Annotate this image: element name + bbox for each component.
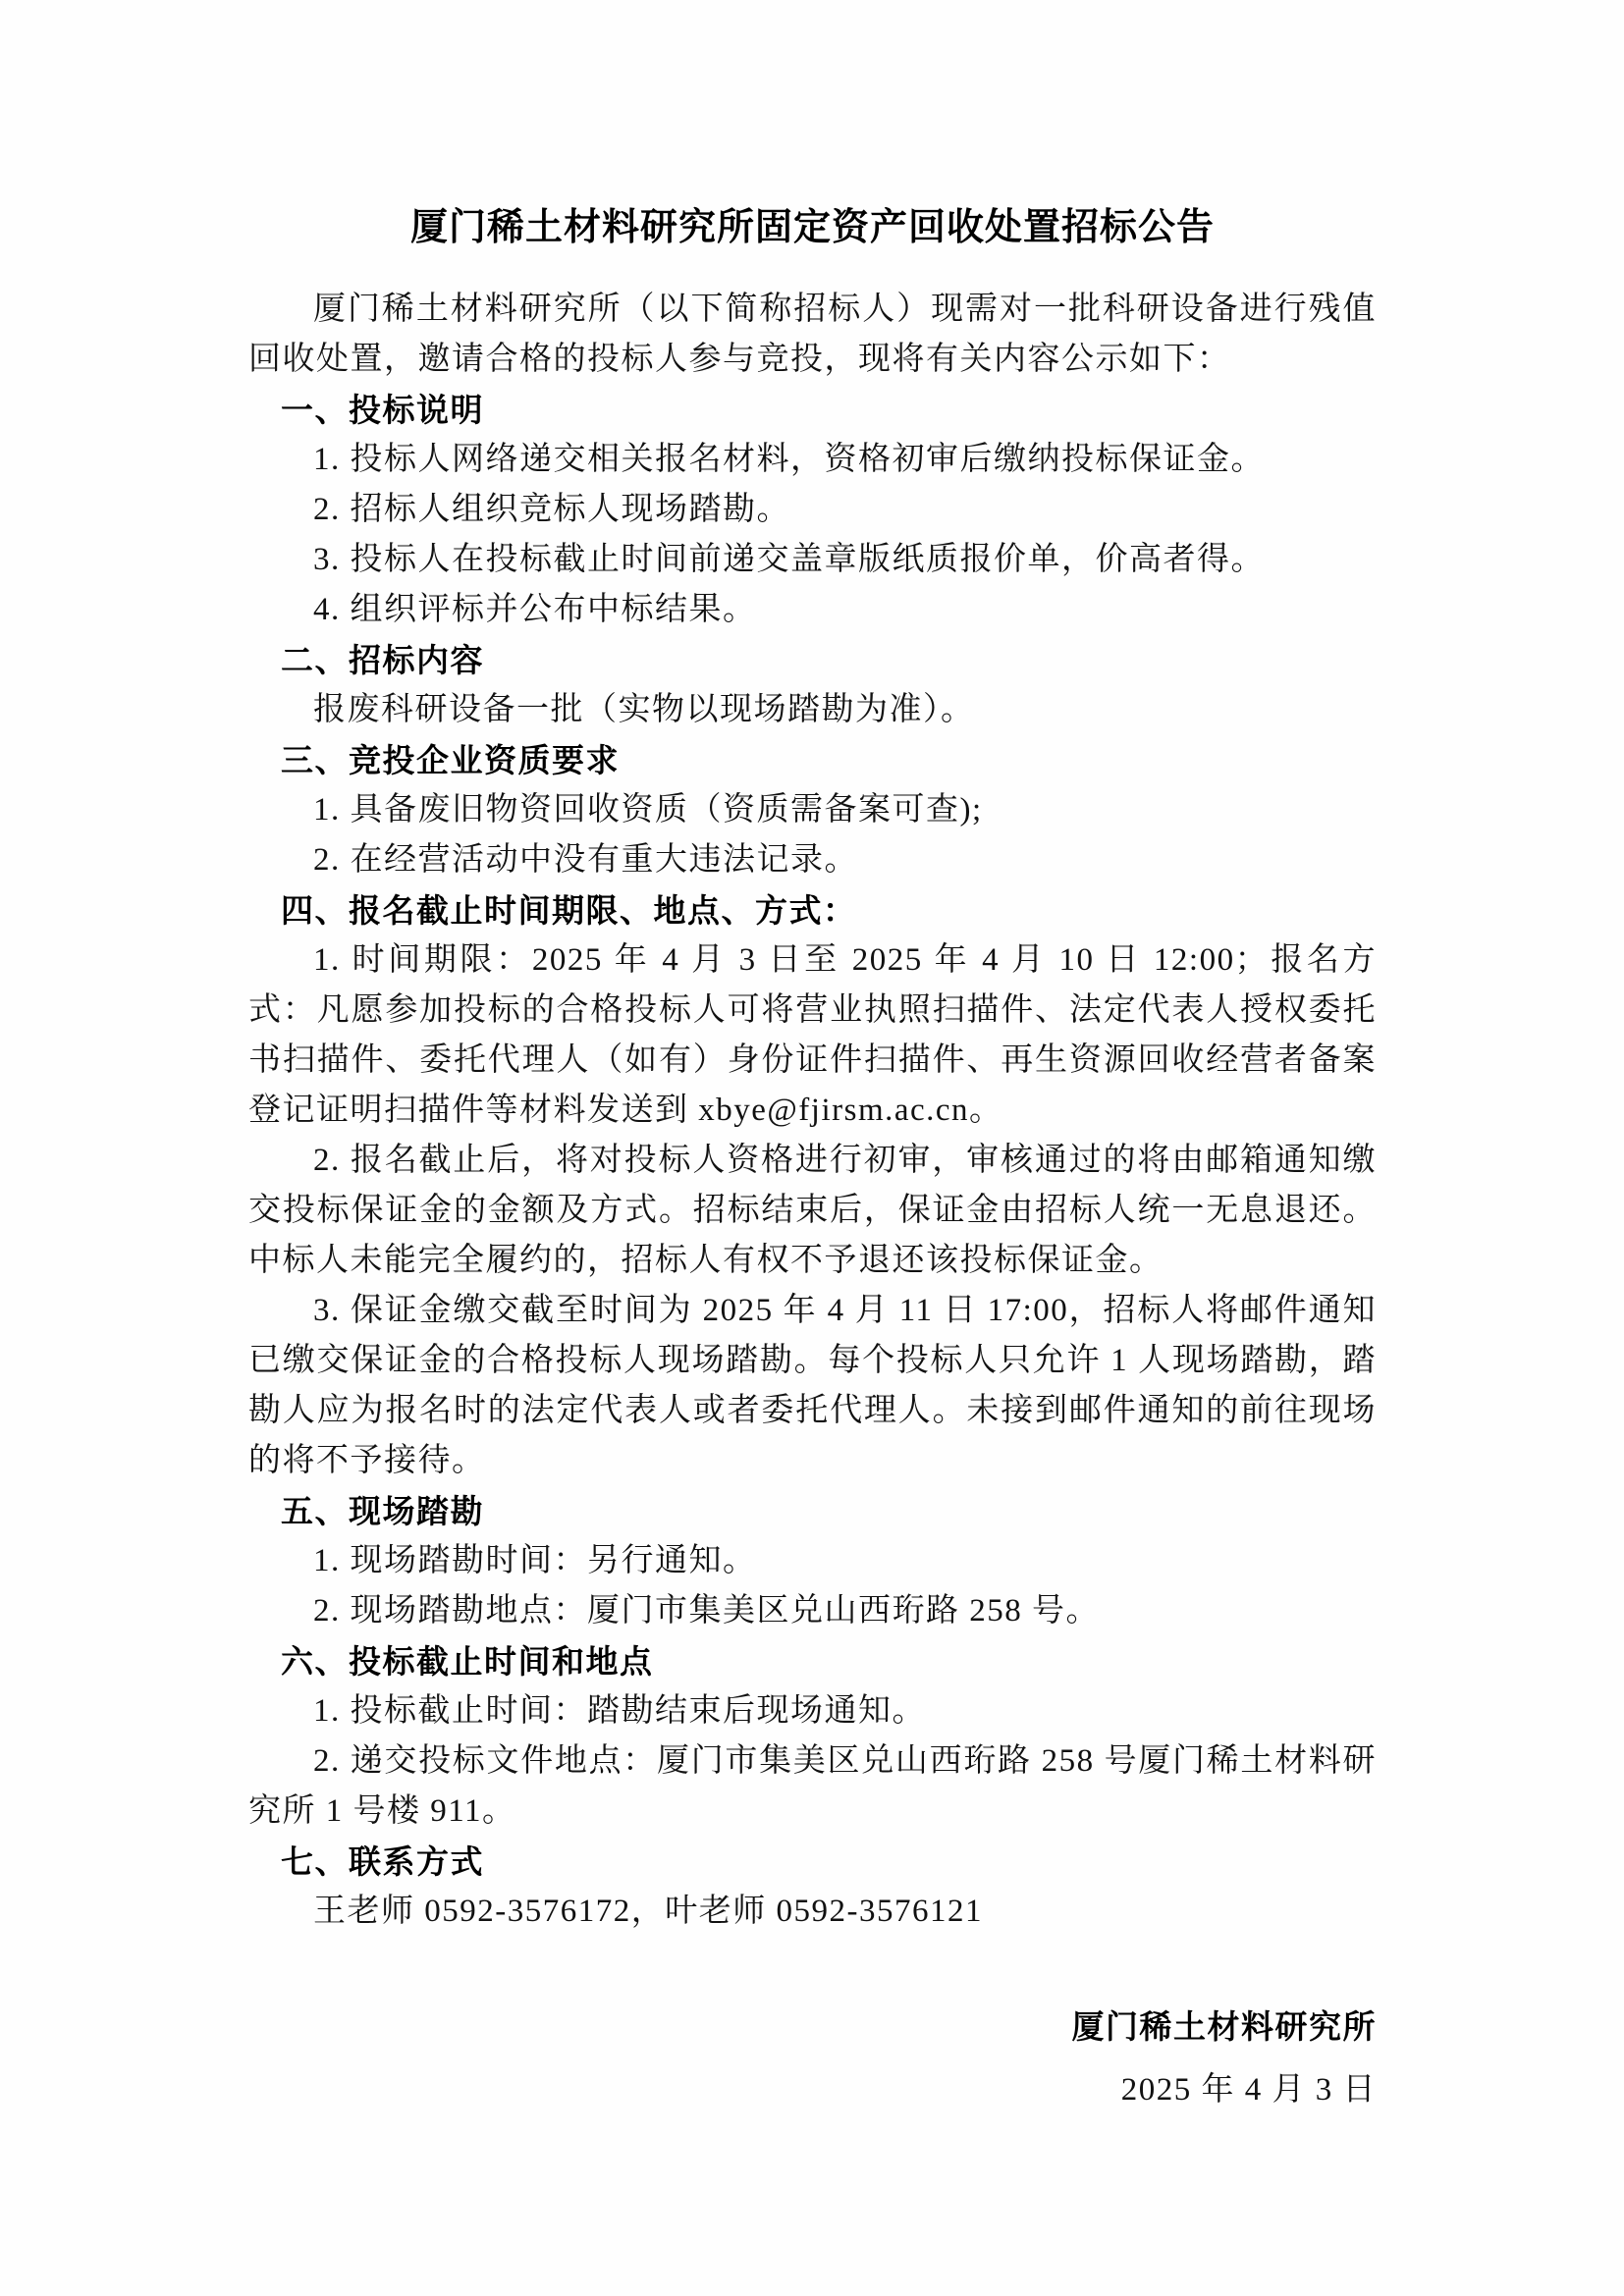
- section-item: 2. 现场踏勘地点：厦门市集美区兑山西珩路 258 号。: [248, 1586, 1377, 1636]
- section-item: 2. 在经营活动中没有重大违法记录。: [248, 835, 1377, 885]
- section-item: 1. 具备废旧物资回收资质（资质需备案可查);: [248, 785, 1377, 835]
- section-item: 1. 投标截止时间：踏勘结束后现场通知。: [248, 1686, 1377, 1736]
- section-heading-contact-info: 七、联系方式: [248, 1837, 1377, 1887]
- signature-org: 厦门稀土材料研究所: [248, 1996, 1377, 2058]
- section-heading-qualification-requirements: 三、竞投企业资质要求: [248, 735, 1377, 785]
- section-heading-bid-deadline-location: 六、投标截止时间和地点: [248, 1636, 1377, 1686]
- section-heading-registration-deadline: 四、报名截止时间期限、地点、方式：: [248, 885, 1377, 935]
- section-item: 3. 投标人在投标截止时间前递交盖章版纸质报价单，价高者得。: [248, 535, 1377, 585]
- section-item: 1. 时间期限：2025 年 4 月 3 日至 2025 年 4 月 10 日 …: [248, 935, 1377, 1136]
- section-item: 报废科研设备一批（实物以现场踏勘为准）。: [248, 685, 1377, 735]
- section-item: 3. 保证金缴交截至时间为 2025 年 4 月 11 日 17:00，招标人将…: [248, 1286, 1377, 1486]
- section-item: 1. 投标人网络递交相关报名材料，资格初审后缴纳投标保证金。: [248, 435, 1377, 485]
- section-heading-site-survey: 五、现场踏勘: [248, 1486, 1377, 1536]
- section-item: 王老师 0592-3576172，叶老师 0592-3576121: [248, 1887, 1377, 1937]
- page-title: 厦门稀土材料研究所固定资产回收处置招标公告: [248, 202, 1377, 253]
- section-heading-tender-content: 二、招标内容: [248, 635, 1377, 685]
- signature-date: 2025 年 4 月 3 日: [248, 2058, 1377, 2121]
- section-item: 2. 报名截止后，将对投标人资格进行初审，审核通过的将由邮箱通知缴交投标保证金的…: [248, 1136, 1377, 1286]
- intro-paragraph: 厦门稀土材料研究所（以下简称招标人）现需对一批科研设备进行残值回收处置，邀请合格…: [248, 285, 1377, 385]
- section-item: 1. 现场踏勘时间：另行通知。: [248, 1536, 1377, 1586]
- section-heading-bidding-instructions: 一、投标说明: [248, 385, 1377, 435]
- signature-block: 厦门稀土材料研究所 2025 年 4 月 3 日: [248, 1996, 1377, 2121]
- section-item: 2. 递交投标文件地点：厦门市集美区兑山西珩路 258 号厦门稀土材料研究所 1…: [248, 1736, 1377, 1837]
- section-item: 4. 组织评标并公布中标结果。: [248, 585, 1377, 635]
- document-page: 厦门稀土材料研究所固定资产回收处置招标公告 厦门稀土材料研究所（以下简称招标人）…: [0, 0, 1624, 2296]
- section-item: 2. 招标人组织竞标人现场踏勘。: [248, 485, 1377, 535]
